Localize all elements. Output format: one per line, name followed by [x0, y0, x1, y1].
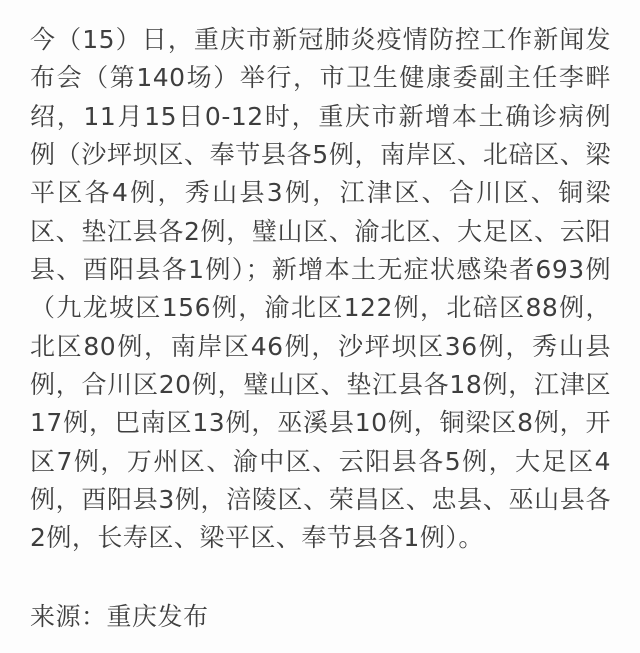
- article-line: 县、酉阳县各1例）；新增本土无症状感染者693例: [30, 251, 611, 289]
- article-source: 来源：重庆发布: [30, 598, 611, 636]
- article-line: 例，酉阳县3例，涪陵区、荣昌区、忠县、巫山县各: [30, 481, 611, 519]
- article-line: 区、垫江县各2例，璧山区、渝北区、大足区、云阳: [30, 213, 611, 251]
- article-line: 北区80例，南岸区46例，沙坪坝区36例，秀山县21: [30, 328, 611, 366]
- article-line: （九龙坡区156例，渝北区122例，北碚区88例，江: [30, 289, 611, 327]
- article-line: 绍，11月15日0-12时，重庆市新增本土确诊病例38: [30, 98, 611, 136]
- article-body: 今（15）日，重庆市新冠肺炎疫情防控工作新闻发 布会（第140场）举行，市卫生健…: [30, 21, 611, 558]
- article-line: 布会（第140场）举行，市卫生健康委副主任李畔介: [30, 59, 611, 97]
- article-line-last: 2例，长寿区、梁平区、奉节县各1例）。: [30, 519, 611, 557]
- article-line: 区7例，万州区、渝中区、云阳县各5例，大足区4: [30, 443, 611, 481]
- article-line: 例，合川区20例，璧山区、垫江县各18例，江津区: [30, 366, 611, 404]
- article-line: 今（15）日，重庆市新冠肺炎疫情防控工作新闻发: [30, 21, 611, 59]
- article-page: 今（15）日，重庆市新冠肺炎疫情防控工作新闻发 布会（第140场）举行，市卫生健…: [0, 0, 640, 653]
- article-line: 17例，巴南区13例，巫溪县10例，铜梁区8例，开州: [30, 404, 611, 442]
- article-line: 例（沙坪坝区、奉节县各5例，南岸区、北碚区、梁: [30, 136, 611, 174]
- article-line: 平区各4例，秀山县3例，江津区、合川区、铜梁: [30, 174, 611, 212]
